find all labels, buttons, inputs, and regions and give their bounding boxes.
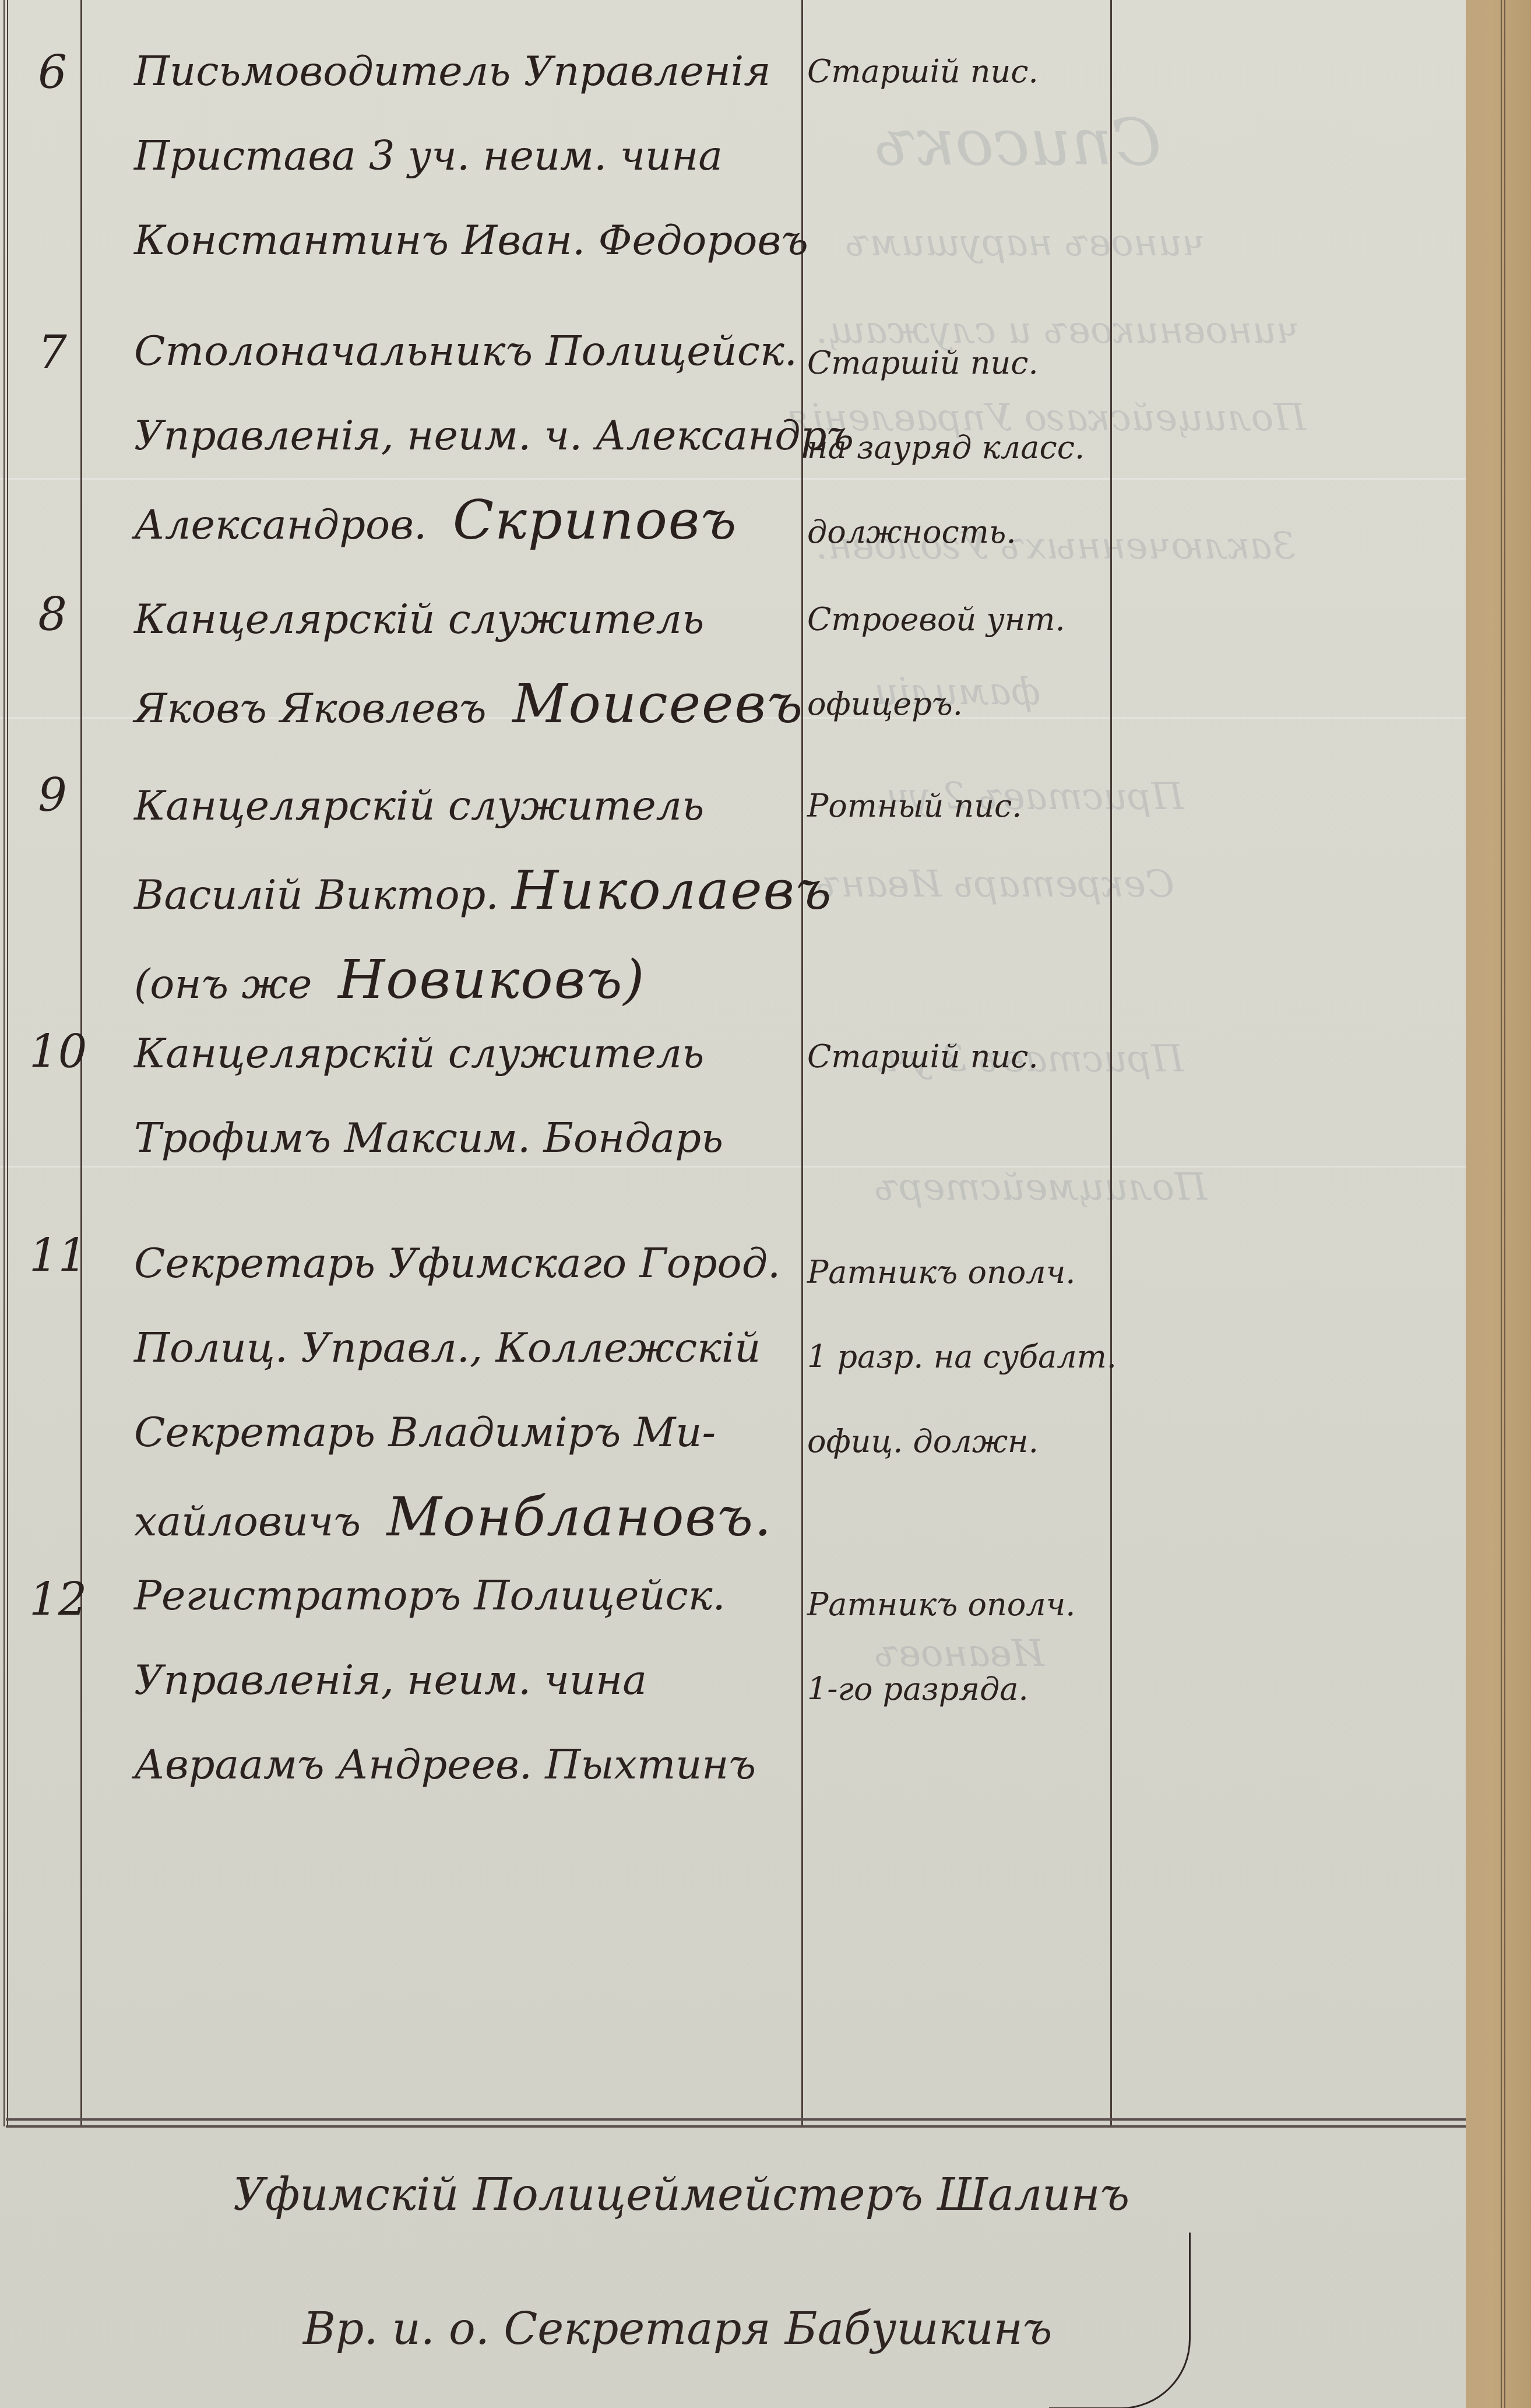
police-chief-signature: Уфимскій Полицеймейстеръ Шалинъ — [233, 2168, 1129, 2220]
entry-surname: Монблановъ. — [387, 1486, 773, 1548]
entry-line: Канцелярскій служитель — [134, 1011, 793, 1096]
left-border-inner — [7, 0, 8, 2126]
book-binding-edge — [1466, 0, 1531, 2408]
entry-number: 12 — [29, 1574, 76, 1626]
left-border-outer — [3, 0, 5, 2126]
bleed-through-text: Списокъ — [874, 105, 1162, 180]
rank-line: Ротный пис. — [807, 764, 1107, 848]
entry-line-text: хайловичъ — [134, 1497, 361, 1545]
entry-description: Письмоводитель Управленія Пристава 3 уч.… — [134, 29, 793, 283]
entry-rank: Ратникъ ополч. 1-го разряда. — [807, 1562, 1107, 1731]
entry-number: 9 — [29, 769, 76, 822]
rank-line: 1 разр. на субалт. — [807, 1314, 1107, 1399]
secretary-signature: Вр. и. о. Секретаря Бабушкинъ — [303, 2302, 1052, 2354]
entry-line: Управленія, неим. чина — [134, 1638, 793, 1722]
entry-rank: Старшій пис. — [807, 29, 1107, 114]
entry-description: Канцелярскій служитель Трофимъ Максим. Б… — [134, 1011, 793, 1180]
table-bottom-rule-1 — [6, 2118, 1466, 2121]
entry-line: Константинъ Иван. Федоровъ — [134, 198, 793, 283]
rank-line: должность. — [807, 490, 1107, 574]
column-divider-rank — [801, 0, 803, 2126]
entry-line: Яковъ Яковлевъ Моисеевъ — [134, 662, 793, 751]
entry-number: 10 — [29, 1026, 76, 1078]
signature-flourish — [1049, 2233, 1191, 2408]
entry-rank: Ротный пис. — [807, 764, 1107, 848]
entry-line: Василій Виктор. Николаевъ — [134, 848, 793, 937]
entry-surname: Моисеевъ — [512, 673, 804, 735]
binding-line — [1501, 0, 1502, 2408]
entry-description: Канцелярскій служитель Василій Виктор. Н… — [134, 764, 793, 1027]
rank-line: Старшій пис. — [807, 321, 1107, 405]
bleed-through-text: Полицмейстеръ — [874, 1166, 1207, 1209]
rank-line: Строевой унт. — [807, 577, 1107, 662]
rank-line: Ратникъ ополч. — [807, 1230, 1107, 1314]
entry-line: Письмоводитель Управленія — [134, 29, 793, 114]
entry-description: Секретарь Уфимскаго Город. Полиц. Управл… — [134, 1221, 793, 1564]
entry-number: 6 — [29, 47, 76, 99]
entry-line: Канцелярскій служитель — [134, 764, 793, 848]
ledger-page: Списокъ чиновъ нарушимъ чиновниковъ и сл… — [0, 0, 1466, 2408]
entry-line: Канцелярскій служитель — [134, 577, 793, 662]
entry-rank: Старшій пис. на зауряд класс. должность. — [807, 321, 1107, 574]
rank-line: Старшій пис. — [807, 29, 1107, 114]
entry-surname: Новиковъ) — [338, 948, 646, 1011]
rank-line: офиц. должн. — [807, 1399, 1107, 1484]
column-divider-remarks — [1110, 0, 1112, 2126]
bleed-through-text: Секретарь Иванъ — [816, 863, 1174, 906]
entry-line: Александров. Скриповъ — [134, 478, 793, 567]
entry-number: 11 — [29, 1230, 76, 1282]
entry-line: Авраамъ Андреев. Пыхтинъ — [134, 1722, 793, 1807]
entry-line: Секретарь Владиміръ Ми- — [134, 1390, 793, 1475]
entry-description: Канцелярскій служитель Яковъ Яковлевъ Мо… — [134, 577, 793, 751]
entry-line-text: Александров. — [134, 501, 427, 549]
rank-line: офицеръ. — [807, 662, 1107, 746]
entry-line-text: Василій Виктор. — [134, 871, 499, 919]
rank-line: Ратникъ ополч. — [807, 1562, 1107, 1647]
entry-line: Полиц. Управл., Коллежскій — [134, 1306, 793, 1390]
entry-line: Регистраторъ Полицейск. — [134, 1553, 793, 1638]
entry-line: Трофимъ Максим. Бондарь — [134, 1096, 793, 1180]
entry-line: Столоначальникъ Полицейск. — [134, 309, 793, 393]
entry-rank: Строевой унт. офицеръ. — [807, 577, 1107, 746]
rank-line: 1-го разряда. — [807, 1647, 1107, 1731]
entry-line: Управленія, неим. ч. Александръ — [134, 393, 793, 478]
entry-line-text: (онъ же — [134, 960, 312, 1008]
entry-line: хайловичъ Монблановъ. — [134, 1475, 793, 1564]
rank-line: на зауряд класс. — [807, 405, 1107, 490]
binding-line — [1504, 0, 1505, 2408]
entry-rank: Старшій пис. — [807, 1014, 1107, 1099]
entry-surname: Скриповъ — [453, 489, 738, 551]
entry-number: 7 — [29, 326, 76, 379]
entry-line: Секретарь Уфимскаго Город. — [134, 1221, 793, 1306]
rank-line: Старшій пис. — [807, 1014, 1107, 1099]
entry-description: Столоначальникъ Полицейск. Управленія, н… — [134, 309, 793, 567]
bleed-through-text: чиновъ нарушимъ — [845, 222, 1205, 265]
entry-surname: Николаевъ — [512, 859, 833, 922]
entry-rank: Ратникъ ополч. 1 разр. на субалт. офиц. … — [807, 1230, 1107, 1484]
entry-description: Регистраторъ Полицейск. Управленія, неим… — [134, 1553, 793, 1807]
table-bottom-rule-2 — [6, 2125, 1466, 2128]
entry-number: 8 — [29, 589, 76, 641]
entry-line: Пристава 3 уч. неим. чина — [134, 114, 793, 198]
entry-line-text: Яковъ Яковлевъ — [134, 684, 487, 732]
